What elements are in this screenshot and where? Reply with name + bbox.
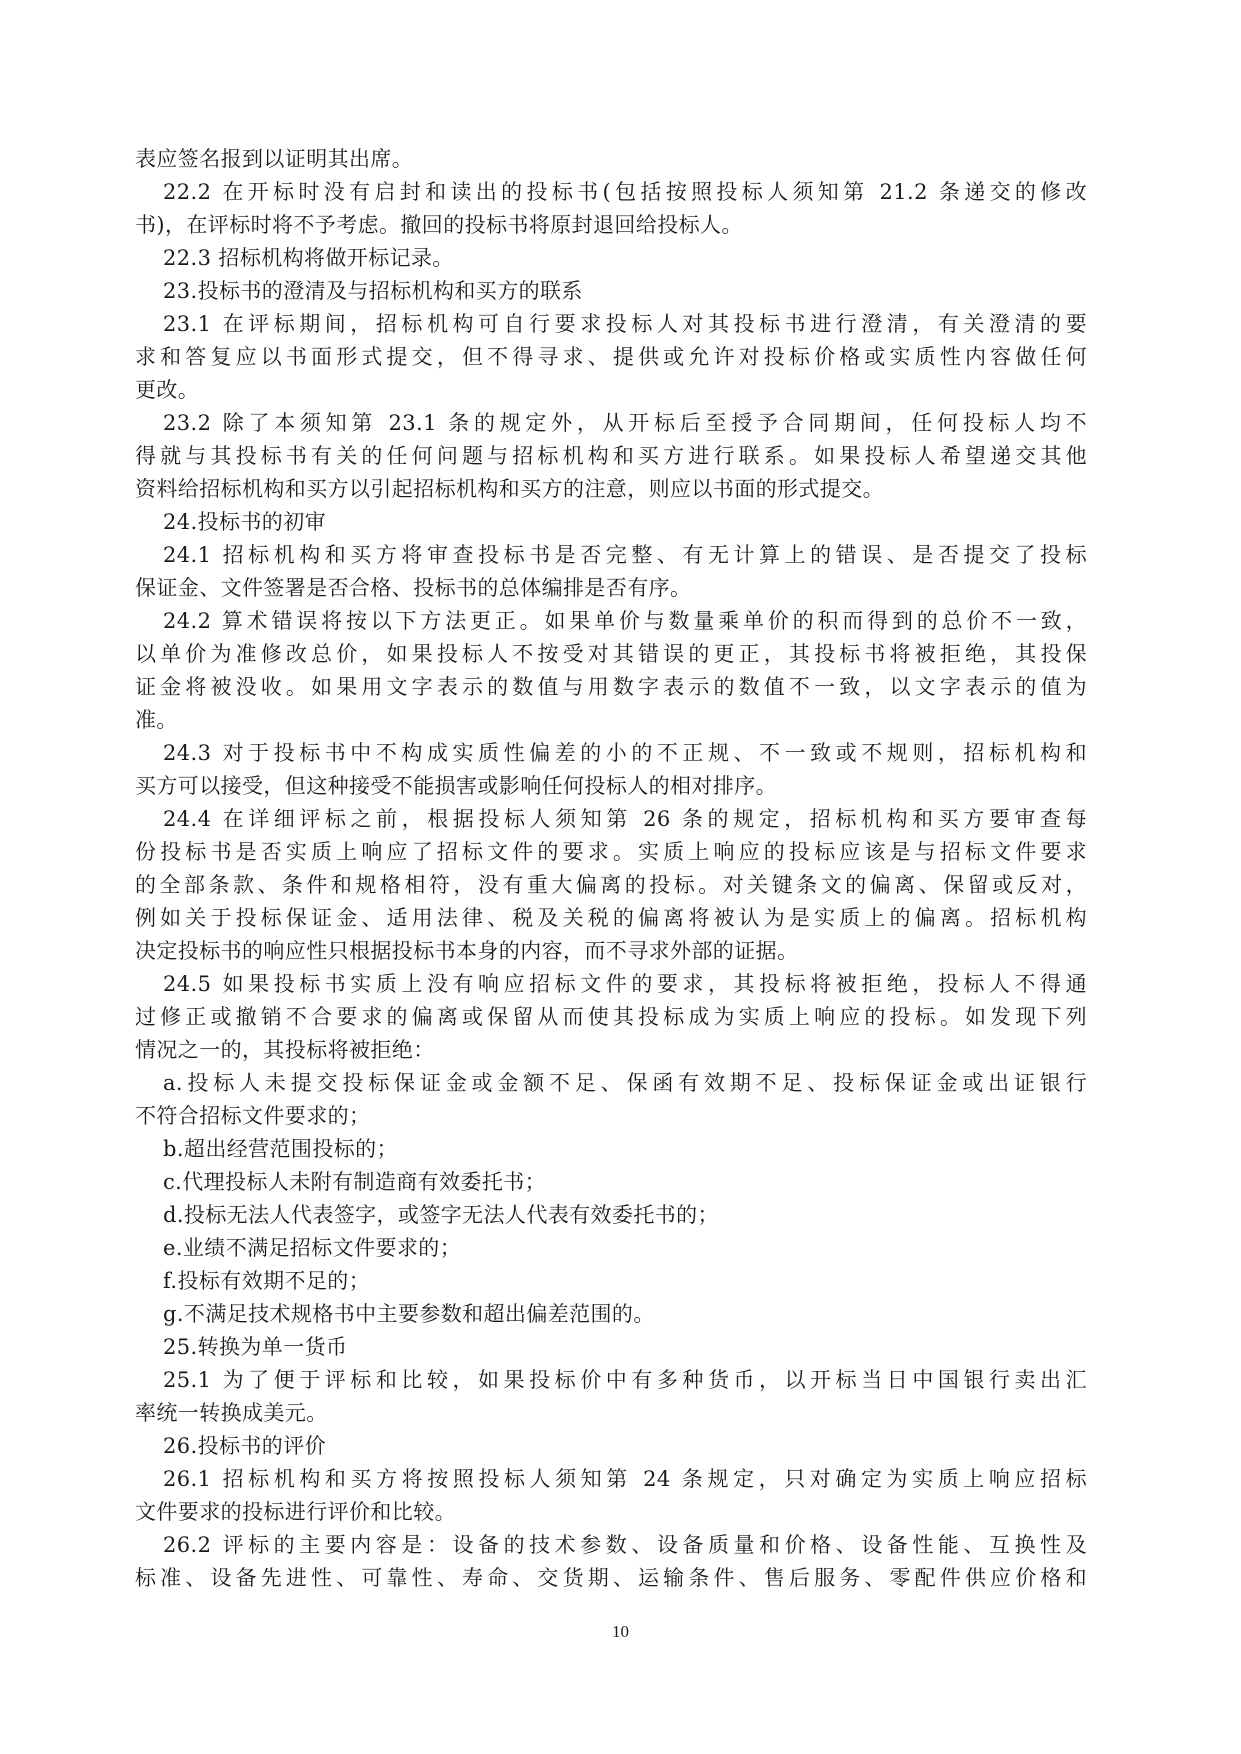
text-line: 文件要求的投标进行评价和比较。 [135, 1496, 1087, 1529]
text-line: 求和答复应以书面形式提交，但不得寻求、提供或允许对投标价格或实质性内容做任何 [135, 341, 1087, 374]
text-line: 资料给招标机构和买方以引起招标机构和买方的注意，则应以书面的形式提交。 [135, 473, 1087, 506]
text-line: 买方可以接受，但这种接受不能损害或影响任何投标人的相对排序。 [135, 770, 1087, 803]
list-item: d.投标无法人代表签字，或签字无法人代表有效委托书的； [135, 1199, 1087, 1232]
text-line: 24.2 算术错误将按以下方法更正。如果单价与数量乘单价的积而得到的总价不一致， [135, 605, 1087, 638]
text-line: 标准、设备先进性、可靠性、寿命、交货期、运输条件、售后服务、零配件供应价格和 [135, 1562, 1087, 1595]
text-line: 以单价为准修改总价，如果投标人不按受对其错误的更正，其投标书将被拒绝，其投保 [135, 638, 1087, 671]
page-number: 10 [0, 1622, 1241, 1642]
text-line: 表应签名报到以证明其出席。 [135, 143, 1087, 176]
list-item: c.代理投标人未附有制造商有效委托书； [135, 1166, 1087, 1199]
text-line: 的全部条款、条件和规格相符，没有重大偏离的投标。对关键条文的偏离、保留或反对， [135, 869, 1087, 902]
text-line: 23.1 在评标期间，招标机构可自行要求投标人对其投标书进行澄清，有关澄清的要 [135, 308, 1087, 341]
list-item: e.业绩不满足招标文件要求的； [135, 1232, 1087, 1265]
text-line: 25.1 为了便于评标和比较，如果投标价中有多种货币，以开标当日中国银行卖出汇 [135, 1364, 1087, 1397]
section-heading: 24.投标书的初审 [135, 506, 1087, 539]
text-line: 率统一转换成美元。 [135, 1397, 1087, 1430]
text-line: 决定投标书的响应性只根据投标书本身的内容，而不寻求外部的证据。 [135, 935, 1087, 968]
section-heading: 25.转换为单一货币 [135, 1331, 1087, 1364]
document-body: 表应签名报到以证明其出席。 22.2 在开标时没有启封和读出的投标书(包括按照投… [135, 143, 1087, 1595]
text-line: 24.3 对于投标书中不构成实质性偏差的小的不正规、不一致或不规则，招标机构和 [135, 737, 1087, 770]
text-line: 准。 [135, 704, 1087, 737]
list-item: b.超出经营范围投标的； [135, 1133, 1087, 1166]
text-line: 例如关于投标保证金、适用法律、税及关税的偏离将被认为是实质上的偏离。招标机构 [135, 902, 1087, 935]
text-line: 26.2 评标的主要内容是：设备的技术参数、设备质量和价格、设备性能、互换性及 [135, 1529, 1087, 1562]
section-heading: 23.投标书的澄清及与招标机构和买方的联系 [135, 275, 1087, 308]
text-line: 份投标书是否实质上响应了招标文件的要求。实质上响应的投标应该是与招标文件要求 [135, 836, 1087, 869]
text-line: 得就与其投标书有关的任何问题与招标机构和买方进行联系。如果投标人希望递交其他 [135, 440, 1087, 473]
text-line: 23.2 除了本须知第 23.1 条的规定外，从开标后至授予合同期间，任何投标人… [135, 407, 1087, 440]
text-line: 24.1 招标机构和买方将审查投标书是否完整、有无计算上的错误、是否提交了投标 [135, 539, 1087, 572]
section-heading: 26.投标书的评价 [135, 1430, 1087, 1463]
text-line: 书)，在评标时将不予考虑。撤回的投标书将原封退回给投标人。 [135, 209, 1087, 242]
text-line: 24.5 如果投标书实质上没有响应招标文件的要求，其投标将被拒绝，投标人不得通 [135, 968, 1087, 1001]
text-line: 证金将被没收。如果用文字表示的数值与用数字表示的数值不一致，以文字表示的值为 [135, 671, 1087, 704]
text-line: 更改。 [135, 374, 1087, 407]
text-line: 保证金、文件签署是否合格、投标书的总体编排是否有序。 [135, 572, 1087, 605]
text-line: 情况之一的，其投标将被拒绝： [135, 1034, 1087, 1067]
list-item: a.投标人未提交投标保证金或金额不足、保函有效期不足、投标保证金或出证银行 [135, 1067, 1087, 1100]
text-line: 24.4 在详细评标之前，根据投标人须知第 26 条的规定，招标机构和买方要审查… [135, 803, 1087, 836]
list-item: f.投标有效期不足的； [135, 1265, 1087, 1298]
text-line: 过修正或撤销不合要求的偏离或保留从而使其投标成为实质上响应的投标。如发现下列 [135, 1001, 1087, 1034]
text-line: 22.3 招标机构将做开标记录。 [135, 242, 1087, 275]
list-item-continuation: 不符合招标文件要求的； [135, 1100, 1087, 1133]
text-line: 26.1 招标机构和买方将按照投标人须知第 24 条规定，只对确定为实质上响应招… [135, 1463, 1087, 1496]
list-item: g.不满足技术规格书中主要参数和超出偏差范围的。 [135, 1298, 1087, 1331]
text-line: 22.2 在开标时没有启封和读出的投标书(包括按照投标人须知第 21.2 条递交… [135, 176, 1087, 209]
